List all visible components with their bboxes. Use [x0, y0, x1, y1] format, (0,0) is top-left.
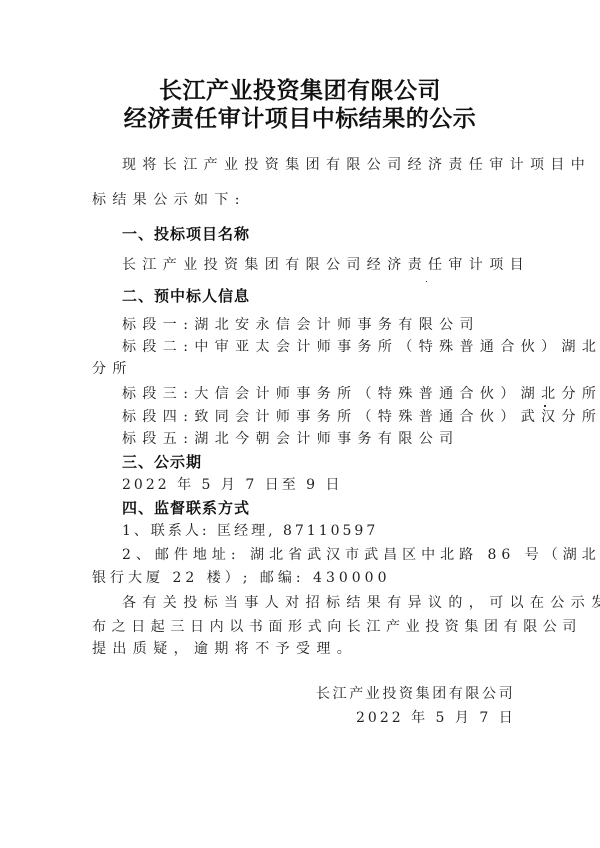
- lot-item-2: 标段二:中审亚太会计师事务所（特殊普通合伙）湖北: [122, 339, 552, 355]
- lot-item-4: 标段四:致同会计师事务所（特殊普通合伙）武汉分所: [122, 409, 552, 425]
- lot-item-1: 标段一:湖北安永信会计师事务有限公司: [122, 317, 552, 333]
- lot-label: 标段二:: [122, 339, 194, 355]
- lot-value: 中审亚太会计师事务所（特殊普通合伙）湖北: [194, 339, 600, 355]
- lot-label: 标段一:: [122, 317, 194, 333]
- stray-mark: [544, 405, 546, 407]
- signature-date: 2022 年 5 月 7 日: [356, 707, 516, 727]
- mail-address-line1: 2、邮件地址: 湖北省武汉市武昌区中北路 86 号（湖北: [122, 547, 552, 563]
- lot-item-5: 标段五:湖北今朝会计师事务有限公司: [122, 431, 552, 447]
- section-heading-winner-info: 二、预中标人信息: [122, 288, 552, 304]
- lot-value: 湖北今朝会计师事务有限公司: [194, 431, 459, 447]
- lot-label: 标段五:: [122, 431, 194, 447]
- section-heading-publicity-period: 三、公示期: [122, 454, 552, 470]
- contact-person: 1、联系人: 匡经理, 87110597: [122, 523, 552, 539]
- mail-address-line2: 银行大厦 22 楼）; 邮编: 430000: [92, 570, 522, 586]
- intro-line1: 现将长江产业投资集团有限公司经济责任审计项目中: [122, 157, 552, 173]
- lot-item-2-continuation: 分所: [92, 361, 522, 377]
- lot-label: 标段三:: [122, 386, 194, 402]
- notice-line3: 提出质疑，逾期将不予受理。: [92, 641, 522, 657]
- document-page: 长江产业投资集团有限公司 经济责任审计项目中标结果的公示 现将长江产业投资集团有…: [0, 0, 600, 848]
- section-heading-project-name: 一、投标项目名称: [122, 226, 552, 242]
- intro-line2: 标结果公示如下:: [92, 192, 522, 208]
- project-name: 长江产业投资集团有限公司经济责任审计项目: [122, 257, 552, 273]
- signature-organization: 长江产业投资集团有限公司: [316, 683, 515, 703]
- notice-line1: 各有关投标当事人对招标结果有异议的，可以在公示发: [122, 595, 552, 611]
- lot-value: 大信会计师事务所（特殊普通合伙）湖北分所: [194, 386, 600, 402]
- document-title-line2: 经济责任审计项目中标结果的公示: [0, 100, 600, 133]
- publicity-period: 2022 年 5 月 7 日至 9 日: [122, 477, 552, 493]
- notice-line2: 布之日起三日内以书面形式向长江产业投资集团有限公司: [92, 619, 522, 635]
- section-heading-contact: 四、监督联系方式: [122, 500, 552, 516]
- stray-mark: [426, 281, 427, 282]
- lot-value: 致同会计师事务所（特殊普通合伙）武汉分所: [194, 409, 600, 425]
- lot-value: 湖北安永信会计师事务有限公司: [194, 317, 480, 333]
- lot-label: 标段四:: [122, 409, 194, 425]
- lot-item-3: 标段三:大信会计师事务所（特殊普通合伙）湖北分所: [122, 386, 552, 402]
